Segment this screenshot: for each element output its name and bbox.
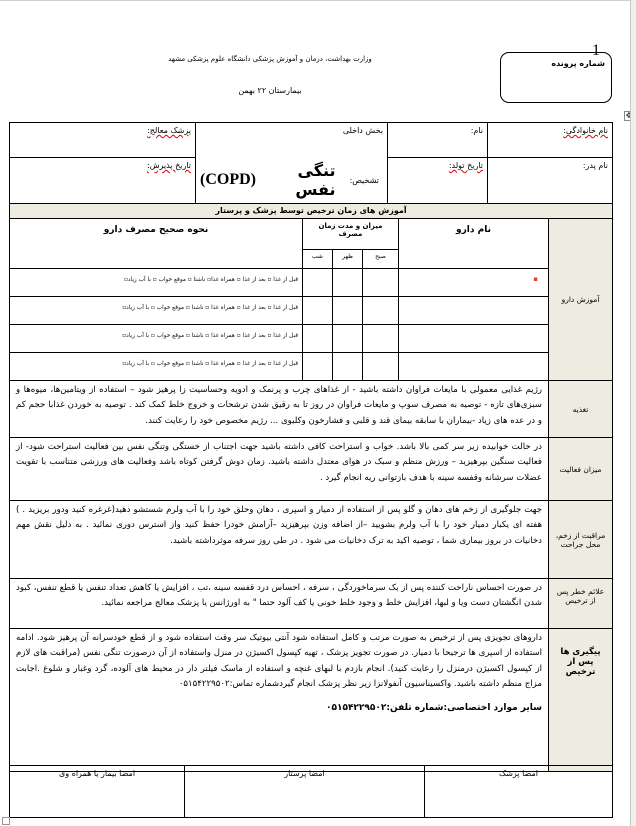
dose-noon-input[interactable] <box>333 297 363 325</box>
top-border <box>0 0 636 1</box>
follow-up-row: پیگیری ها پس از ترخیص داروهای تجویزی پس … <box>10 629 613 772</box>
drug-row: قبل از غذا ▫ بعد از غذا ▫ همراه غذا ▫ نا… <box>10 353 613 381</box>
dose-night-input[interactable] <box>303 297 333 325</box>
usage-options[interactable]: قبل از غذا ▫ بعد از غذا ▫ همراه غذا ▫ نا… <box>10 353 303 381</box>
dose-noon-input[interactable] <box>333 325 363 353</box>
drug-row: قبل از غذا ▫ بعد از غذا ▫ همراه غذا ▫ نا… <box>10 325 613 353</box>
warning-signs-text: در صورت احساس ناراحت کننده پس از یک سرما… <box>10 579 549 629</box>
hospital-name: بیمارستان ۲۲ بهمن <box>150 86 390 95</box>
birth-date-label: تاریخ تولد: <box>449 161 483 170</box>
dose-night-input[interactable] <box>303 269 333 297</box>
usage-options[interactable]: قبل از غذا ▫ بعد از غذا ▫ همراه غذا ▫ نا… <box>10 325 303 353</box>
birth-date-cell[interactable]: تاریخ تولد: <box>388 158 488 204</box>
activity-label: میزان فعالیت <box>549 438 613 501</box>
name-cell[interactable]: نام: <box>388 123 488 158</box>
drug-education-label: آموزش دارو <box>549 219 613 381</box>
diagnosis-fa: تنگی نفس <box>270 161 336 199</box>
nutrition-label: تغذیه <box>549 381 613 438</box>
father-name-cell[interactable]: نام پدر: <box>488 158 613 204</box>
file-number-box[interactable]: شماره پرونده <box>500 52 612 103</box>
usage-options[interactable]: قبل از غذا ▫ بعد از غذا ▫ همراه غذا▫ ناش… <box>10 269 303 297</box>
section-title: آموزش های زمان ترخیص توسط پزشک و پرستار <box>10 204 613 219</box>
ward-label: بخش داخلی <box>343 126 383 135</box>
wound-care-text: جهت جلوگیری از زخم های دهان و گلو پس از … <box>10 501 549 579</box>
wound-care-label: مراقبت از زخم، محل جراحت <box>549 501 613 579</box>
name-label: نام: <box>471 126 483 135</box>
col-drug-name: نام دارو <box>399 219 549 269</box>
col-usage-method: نحوه صحیح مصرف دارو <box>10 219 303 269</box>
warning-signs-label: علائم خطر پس از ترخیص <box>549 579 613 629</box>
dose-night-input[interactable] <box>303 353 333 381</box>
drug-name-input[interactable] <box>399 297 549 325</box>
admission-date-cell[interactable]: تاریخ پذیرش: <box>10 158 196 204</box>
special-notes: سایر موارد اختصاصی:شماره تلفن:۰۵۱۵۴۲۲۹۵۰… <box>16 701 542 716</box>
wound-care-row: مراقبت از زخم، محل جراحت جهت جلوگیری از … <box>10 501 613 579</box>
col-night: شب <box>303 250 333 269</box>
drug-name-input[interactable] <box>399 353 549 381</box>
usage-options[interactable]: قبل از غذا ▫ بعد از غذا ▫ همراه غذا ▫ نا… <box>10 297 303 325</box>
physician-label: پزشک معالج: <box>147 126 191 135</box>
file-number-label: شماره پرونده <box>551 59 605 68</box>
patient-info-table: نام خانوادگی: نام: بخش داخلی پزشک معالج:… <box>9 122 613 204</box>
col-noon: ظهر <box>333 250 363 269</box>
discharge-education-table: آموزش های زمان ترخیص توسط پزشک و پرستار … <box>9 203 613 772</box>
col-morning: صبح <box>363 250 399 269</box>
warning-signs-row: علائم خطر پس از ترخیص در صورت احساس نارا… <box>10 579 613 629</box>
nutrition-row: تغذیه رژیم غذایی معمولی با مایعات فراوان… <box>10 381 613 438</box>
follow-up-cell: داروهای تجویزی پس از ترخیص به صورت مرتب … <box>10 629 549 772</box>
dose-morning-input[interactable] <box>363 269 399 297</box>
signature-table: امضا پزشک امضا پرستار امضا بیمار یا همرا… <box>9 765 613 818</box>
dose-night-input[interactable] <box>303 325 333 353</box>
father-name-label: نام پدر: <box>583 161 608 170</box>
admission-date-label: تاریخ پذیرش: <box>147 161 191 170</box>
diagnosis-cell: تشخیص: تنگی نفس (COPD) <box>196 158 388 204</box>
ward-cell: بخش داخلی <box>196 123 388 158</box>
family-name-label: نام خانوادگی: <box>563 126 608 135</box>
nutrition-text: رژیم غذایی معمولی با مایعات فراوان داشته… <box>10 381 549 438</box>
drug-name-input[interactable] <box>399 325 549 353</box>
activity-text: در حالت خوابیده زیر سر کمی بالا باشد. خو… <box>10 438 549 501</box>
physician-cell[interactable]: پزشک معالج: <box>10 123 196 158</box>
physician-signature[interactable]: امضا پزشک <box>425 766 613 818</box>
diagnosis-en: (COPD) <box>200 171 256 189</box>
dose-morning-input[interactable] <box>363 325 399 353</box>
patient-signature[interactable]: امضا بیمار یا همراه وی <box>10 766 185 818</box>
diagnosis-label: تشخیص: <box>350 176 379 185</box>
activity-row: میزان فعالیت در حالت خوابیده زیر سر کمی … <box>10 438 613 501</box>
dose-morning-input[interactable] <box>363 297 399 325</box>
dose-noon-input[interactable] <box>333 269 363 297</box>
drug-row: قبل از غذا ▫ بعد از غذا ▫ همراه غذا ▫ نا… <box>10 297 613 325</box>
dose-noon-input[interactable] <box>333 353 363 381</box>
follow-up-text: داروهای تجویزی پس از ترخیص به صورت مرتب … <box>16 631 542 693</box>
ministry-title: وزارت بهداشت، درمان و آموزش پزشکی دانشگا… <box>150 55 390 63</box>
drug-row: ▪ قبل از غذا ▫ بعد از غذا ▫ همراه غذا▫ ن… <box>10 269 613 297</box>
resize-handle-icon[interactable] <box>2 817 10 825</box>
drug-name-input[interactable]: ▪ <box>399 269 549 297</box>
follow-up-label: پیگیری ها پس از ترخیص <box>549 629 613 772</box>
document-page: 1 شماره پرونده وزارت بهداشت، درمان و آمو… <box>0 0 630 826</box>
dose-morning-input[interactable] <box>363 353 399 381</box>
page-edge-scrollbar[interactable] <box>630 0 636 826</box>
col-dosage-duration: میزان و مدت زمان مصرف <box>303 219 399 250</box>
family-name-cell[interactable]: نام خانوادگی: <box>488 123 613 158</box>
nurse-signature[interactable]: امضا پرستار <box>185 766 425 818</box>
